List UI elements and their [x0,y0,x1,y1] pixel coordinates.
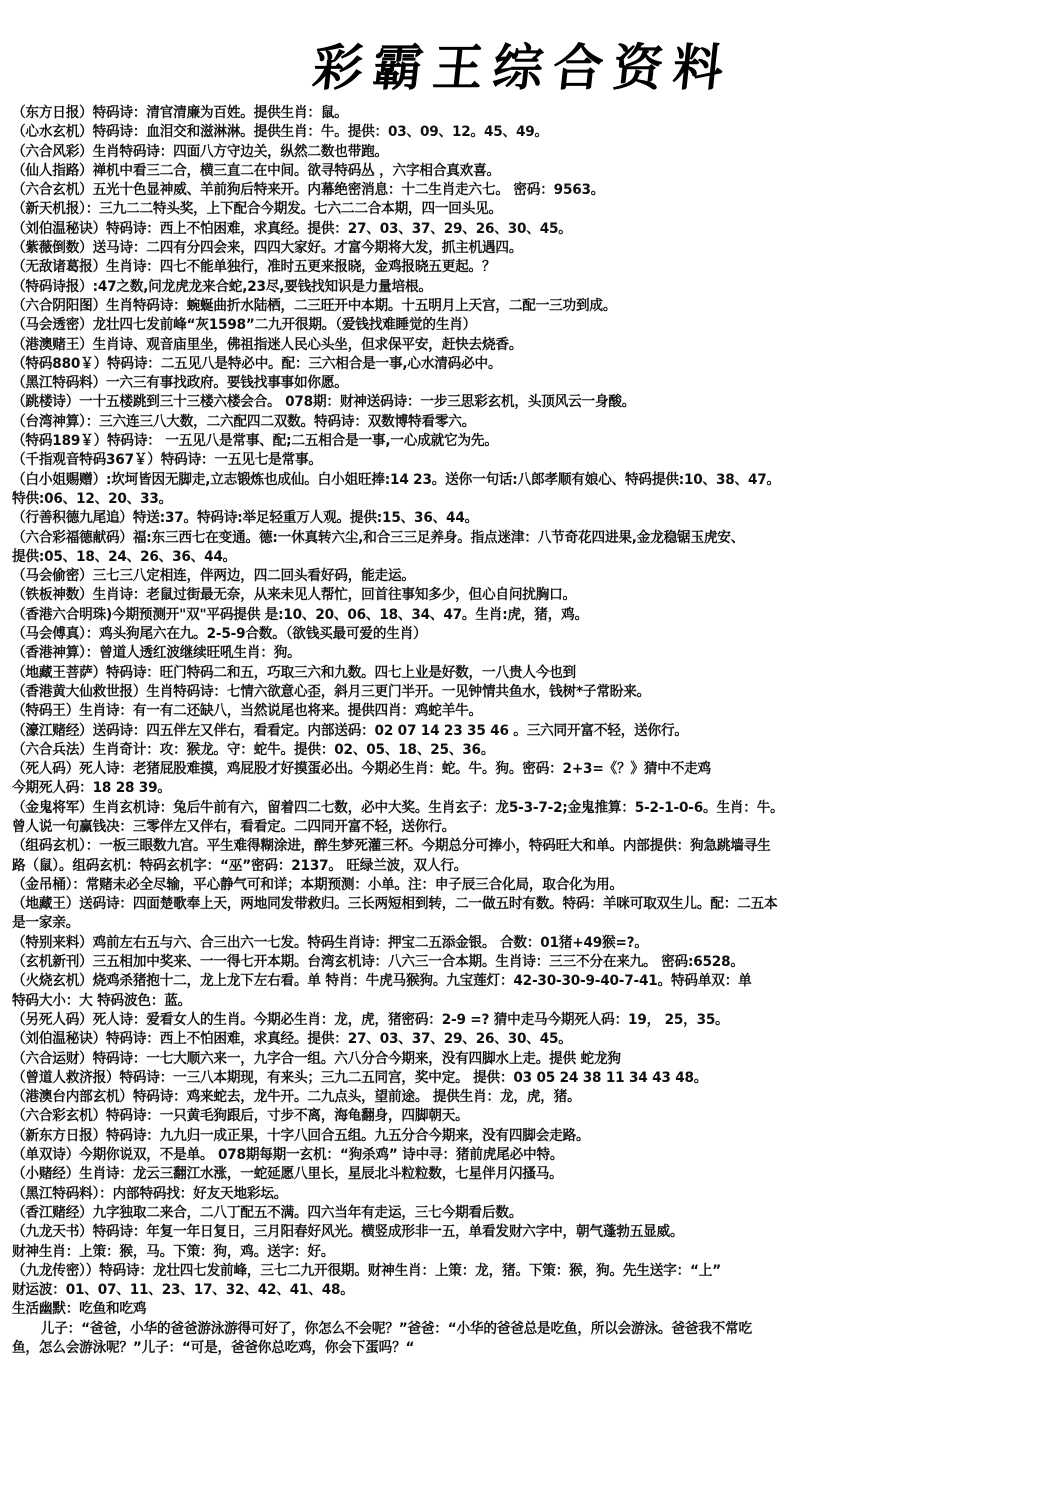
joke-paragraph-line: 儿子：“爸爸，小华的爸爸游泳游得可好了，你怎么不会呢？”爸爸：“小华的爸爸总是吃… [12,1320,1001,1339]
text-line: （黑江特码料）一六三有事找政府。要钱找事事如你愿。 [12,374,1001,393]
text-line: （地藏王菩萨）特码诗：旺门特码二和五，巧取三六和九数。四七上业是好数，一八贵人今… [12,664,1001,683]
text-line: 特供:06、12、20、33。 [12,490,1001,509]
text-line: 财神生肖：上策：猴，马。下策：狗，鸡。送字：好。 [12,1243,1001,1262]
text-line: （六合兵法）生肖奇计：攻：猴龙。守：蛇牛。提供：02、05、18、25、36。 [12,741,1001,760]
text-line: 提供:05、18、24、26、36、44。 [12,548,1001,567]
text-line: （特码诗报）:47之数,问龙虎龙来合蛇,23尽,要钱找知识是力量培根。 [12,278,1001,297]
text-line: （香港神算）：曾道人透红波继续旺吼生肖：狗。 [12,644,1001,663]
text-line: （刘伯温秘诀）特码诗：西上不怕困难，求真经。提供：27、03、37、29、26、… [12,220,1001,239]
text-line: （特码189￥）特码诗： 一五见八是常事、配;二五相合是一事,一心成就它为先。 [12,432,1001,451]
text-line: （六合阴阳图）生肖特码诗：蜿蜒曲折水陆栖，二三旺开中本期。十五明月上天宫，二配一… [12,297,1001,316]
text-line: （香港黄大仙救世报）生肖特码诗：七情六欲意心歪，斜月三更门半开。一见钟情共鱼水，… [12,683,1001,702]
joke-paragraph-line: 鱼，怎么会游泳呢？”儿子：“可是，爸爸你总吃鸡，你会下蛋吗？“ [12,1339,1001,1358]
text-line: （小赌经）生肖诗：龙云三翻江水涨，一蛇延愿八里长，星辰北斗粒粒数，七星伴月闪搔马… [12,1165,1001,1184]
text-line: 是一家亲。 [12,914,1001,933]
text-line: （仙人指路）禅机中看三二合，横三直二在中间。欲寻特码丛 ，六字相合真欢喜。 [12,162,1001,181]
text-line: 特码大小：大 特码波色：蓝。 [12,992,1001,1011]
text-line: （火烧玄机）烧鸡杀猪抱十二，龙上龙下左右看。单 特肖：牛虎马猴狗。九宝莲灯：42… [12,972,1001,991]
text-line: （曾道人救济报）特码诗：一三八本期现，有来头；三九二五同宫，奖中定。 提供：03… [12,1069,1001,1088]
text-line: （铁板神数）生肖诗：老鼠过街最无奈，从来未见人帮忙，回首往事知多少，但心自问扰胸… [12,586,1001,605]
text-line: （特码880￥）特码诗：二五见八是特必中。配：三六相合是一事,心水清码必中。 [12,355,1001,374]
text-line: （港澳赌王）生肖诗、观音庙里坐，佛祖指迷人民心头坐，但求保平安，赶快去烧香。 [12,336,1001,355]
text-line: （白小姐赐赠）:坎坷皆因无脚走,立志锻炼也成仙。白小姐旺捧:14 23。送你一句… [12,471,1001,490]
text-line: （香港六合明珠)今期预测开"双"平码提供 是:10、20、06、18、34、47… [12,606,1001,625]
text-line: （另死人码）死人诗：爱看女人的生肖。今期必生肖：龙，虎，猪密码：2-9 =? 猜… [12,1011,1001,1030]
text-line: （地藏王）送码诗：四面楚歌奉上天，两地同发带救归。三长两短相到转，二一做五时有数… [12,895,1001,914]
text-line: （金吊桶）：常赌未必全尽输，平心静气可和详；本期预测：小单。注：申子辰三合化局，… [12,876,1001,895]
text-line: （马会傅真）：鸡头狗尾六在九。2-5-9合数。（欲钱买最可爱的生肖） [12,625,1001,644]
text-line: （无敌诸葛报）生肖诗：四七不能单独行，准时五更来报晓，金鸡报晓五更起。？ [12,258,1001,277]
text-line: （黑江特码料）：内部特码找：好友天地彩坛。 [12,1185,1001,1204]
text-line: （马会偷密）三七三八定相连，伴两边，四二回头看好码，能走运。 [12,567,1001,586]
text-line: 今期死人码：18 28 39。 [12,779,1001,798]
text-line: （紫薇倒数）送马诗：二四有分四会来，四四大家好。才富今期将大发，抓主机遇四。 [12,239,1001,258]
text-line: （马会透密）龙壮四七发前峰“灰1598”二九开很期。（爱钱找难睡觉的生肖） [12,316,1001,335]
text-line: （跳楼诗）一十五楼跳到三十三楼六楼会合。 078期：财神送码诗：一步三思彩玄机，… [12,393,1001,412]
text-line: （香江赌经）九字独取二来合，二八丁配五不满。四六当年有走运，三七今期看后数。 [12,1204,1001,1223]
text-line: （新东方日报）特码诗：九九归一成正果，十字八回合五组。九五分合今期来，没有四脚会… [12,1127,1001,1146]
text-line: 曾人说一句赢钱决：三零伴左又伴右，看看定。二四同开富不轻，送你行。 [12,818,1001,837]
text-line: （刘伯温秘诀）特码诗：西上不怕困难，求真经。提供：27、03、37、29、26、… [12,1030,1001,1049]
document-body: （东方日报）特码诗：清官清廉为百姓。提供生肖：鼠。 （心水玄机）特码诗：血泪交和… [12,104,1042,1358]
text-line: （玄机新刊）三五相加中奖来、一一得七开本期。台湾玄机诗：八六三一合本期。生肖诗：… [12,953,1001,972]
text-line: （特码王）生肖诗：有一有二还缺八，当然说尾也将来。提供四肖：鸡蛇羊牛。 [12,702,1001,721]
text-line: （组码玄机）：一板三眼数九宫。平生难得糊涂进，醉生梦死灌三杯。今期总分可捧小，特… [12,837,1001,856]
text-line: （千指观音特码367￥）特码诗：一五见七是常事。 [12,451,1001,470]
text-line: （六合彩福德献码）福:东三西七在变通。德:一休真转六尘,和合三三足养身。指点迷津… [12,529,1001,548]
text-line: （濠江赌经）送码诗：四五伴左又伴右，看看定。内部送码：02 07 14 23 3… [12,722,1001,741]
text-line: （单双诗）今期你说双，不是单。 078期每期一玄机：“狗杀鸡” 诗中寻：猪前虎尾… [12,1146,1001,1165]
text-line: （死人码）死人诗：老猪屁股难摸，鸡屁股才好摸蛋必出。今期必生肖：蛇。牛。狗。密码… [12,760,1001,779]
text-line: （东方日报）特码诗：清官清廉为百姓。提供生肖：鼠。 [12,104,1001,123]
text-line: （港澳台内部玄机）特码诗：鸡来蛇去，龙牛开。二九点头，望前途。 提供生肖：龙，虎… [12,1088,1001,1107]
text-line: （九龙天书）特码诗：年复一年日复日，三月阳春好风光。横竖成形非一五，单看发财六字… [12,1223,1001,1242]
text-line: （金鬼将军）生肖玄机诗：兔后牛前有六，留着四二七数，必中大奖。生肖玄子：龙5-3… [12,799,1001,818]
text-line: （台湾神算）：三六连三八大数，二六配四二双数。特码诗：双数博特看零六。 [12,413,1001,432]
page-title: 彩霸王综合资料 [0,28,1047,100]
text-line: （特别来料）鸡前左右五与六、合三出六一七发。特码生肖诗：押宝二五添金银。 合数：… [12,934,1001,953]
text-line: （六合风彩）生肖特码诗：四面八方守边关，纵然二数也带跑。 [12,143,1001,162]
text-line: （六合运财）特码诗：一七大顺六来一，九字合一组。六八分合今期来，没有四脚水上走。… [12,1050,1001,1069]
text-line: （新天机报）：三九二二特头奖，上下配合今期发。七六二二合本期，四一回头见。 [12,200,1001,219]
text-line: （六合玄机）五光十色显神威、羊前狗后特来开。内幕绝密消息：十二生肖走六七。 密码… [12,181,1001,200]
text-line: （心水玄机）特码诗：血泪交和滋淋淋。提供生肖：牛。提供：03、09、12。45、… [12,123,1001,142]
text-line: 路（鼠）。组码玄机：特码玄机字：“巫”密码：2137。 旺绿兰波，双人行。 [12,857,1001,876]
text-line: 生活幽默：吃鱼和吃鸡 [12,1300,1001,1319]
text-line: （九龙传密））特码诗：龙壮四七发前峰，三七二九开很期。财神生肖：上策：龙，猪。下… [12,1262,1001,1281]
text-line: （六合彩玄机）特码诗：一只黄毛狗跟后，寸步不离，海龟翻身，四脚朝天。 [12,1107,1001,1126]
text-line: （行善积德九尾追）特送:37。特码诗:举足轻重万人观。提供:15、36、44。 [12,509,1001,528]
text-line: 财运波：01、07、11、23、17、32、42、41、48。 [12,1281,1001,1300]
